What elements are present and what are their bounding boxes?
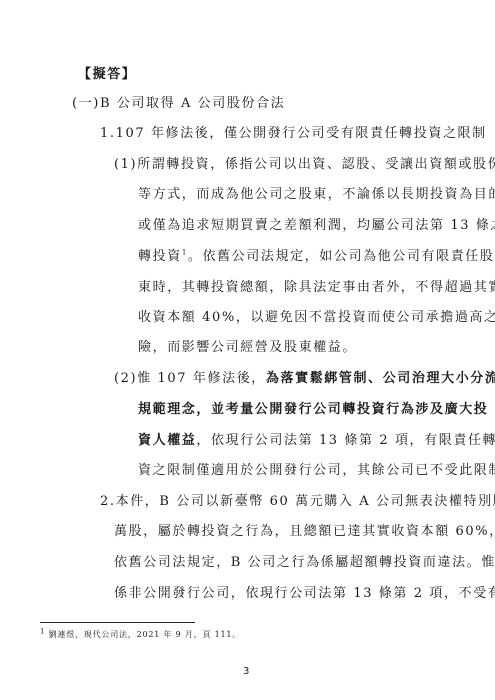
sub-1-line: 或僅為追求短期買賣之差額利潤，均屬公司法第 13 條之 bbox=[138, 218, 495, 234]
sub-1-line: 東時，其轉投資總額，除具法定事由者外，不得超過其實 bbox=[138, 280, 495, 296]
section-heading: (一)B 公司取得 A 公司股份合法 bbox=[72, 96, 285, 112]
emphasis: 為落實鬆綁管制、公司治理大小分流之 bbox=[266, 371, 495, 386]
sub-2-line: (2)惟 107 年修法後，為落實鬆綁管制、公司治理大小分流之 bbox=[114, 371, 495, 387]
page-number: 3 bbox=[243, 666, 249, 677]
item-2-line: 係非公開發行公司，依現行公司法第 13 條第 2 項，不受有限 bbox=[114, 586, 495, 602]
sub-1-line: 險，而影響公司經營及股東權益。 bbox=[138, 340, 357, 356]
sub-2-line: 規範理念，並考量公開發行公司轉投資行為涉及廣大投 bbox=[138, 402, 488, 418]
sub-2-line: 資之限制僅適用於公開發行公司，其餘公司已不受此限制。 bbox=[138, 463, 495, 479]
footnote: 1 劉連煜，現代公司法，2021 年 9 月，頁 111。 bbox=[40, 629, 241, 640]
footnote-divider bbox=[40, 622, 195, 623]
sub-1-line: 轉投資1。依舊公司法規定，如公司為他公司有限責任股 bbox=[138, 249, 494, 265]
item-2-line: 2.本件，B 公司以新臺幣 60 萬元購入 A 公司無表決權特別股 100 bbox=[100, 494, 495, 510]
sub-1-line: (1)所謂轉投資，係指公司以出資、認股、受讓出資額或股份 bbox=[114, 157, 495, 173]
item-2-line: 萬股，屬於轉投資之行為，且總額已達其實收資本額 60%，若 bbox=[114, 524, 495, 540]
sub-2-line: 資人權益，依現行公司法第 13 條第 2 項，有限責任轉投 bbox=[138, 433, 495, 449]
sub-1-line: 等方式，而成為他公司之股東，不論係以長期投資為目的， bbox=[138, 187, 495, 203]
item-1-heading: 1.107 年修法後，僅公開發行公司受有限責任轉投資之限制 bbox=[100, 126, 487, 142]
item-2-line: 依舊公司法規定，B 公司之行為係屬超額轉投資而違法。惟其 bbox=[114, 555, 495, 571]
emphasis: 資人權益 bbox=[138, 433, 196, 448]
answer-heading: 【擬答】 bbox=[78, 67, 136, 83]
sub-1-line: 收資本額 40%，以避免因不當投資而使公司承擔過高之風 bbox=[138, 310, 495, 326]
